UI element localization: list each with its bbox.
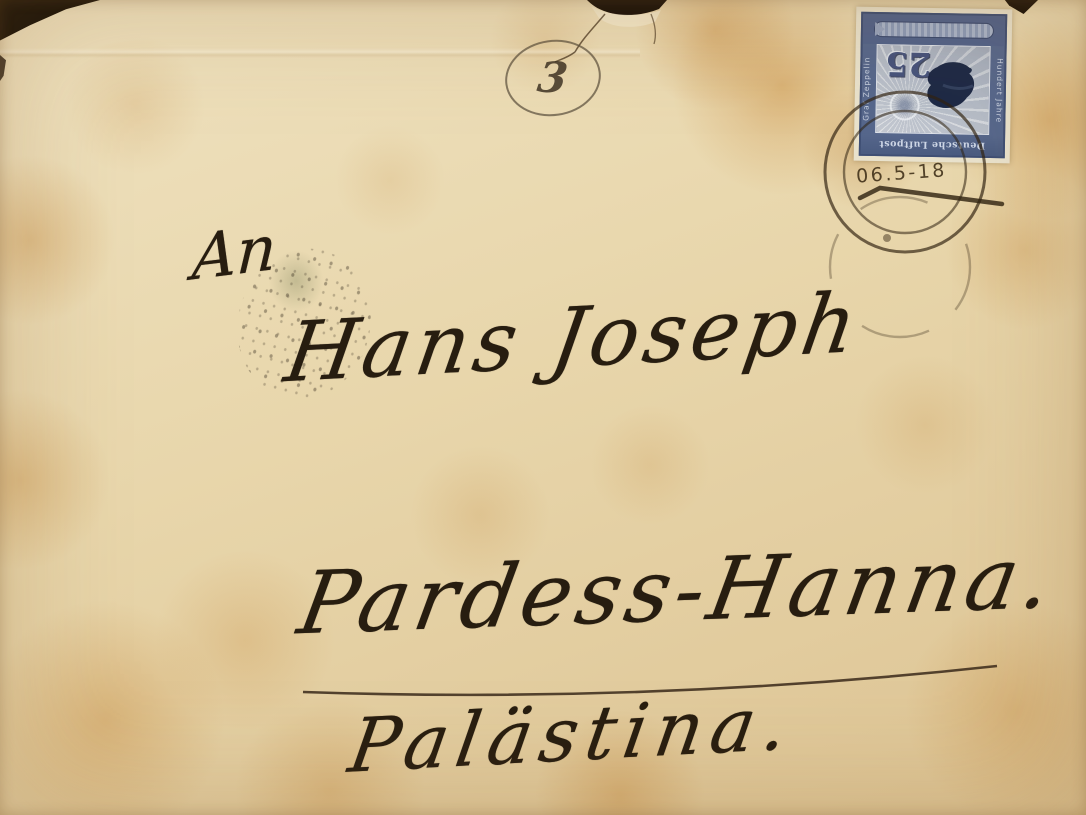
postmark: [770, 55, 1086, 365]
handwritten-city: Pardess-Hanna.: [293, 535, 1063, 648]
zeppelin-icon: [874, 21, 994, 39]
envelope-photo: 3 An Hans Joseph Pardess-Hanna. Palästin…: [0, 0, 1086, 815]
handwritten-salutation: An: [191, 216, 278, 289]
torn-corner-top-left: [0, 0, 112, 46]
postmark-second-strike: [830, 197, 970, 337]
stamp-zeppelin-band: [863, 14, 1006, 46]
left-edge-nick: [0, 55, 6, 81]
pencil-number: 3: [535, 57, 570, 100]
handwritten-country: Palästina.: [344, 686, 800, 784]
postmark-dot: [883, 234, 891, 242]
